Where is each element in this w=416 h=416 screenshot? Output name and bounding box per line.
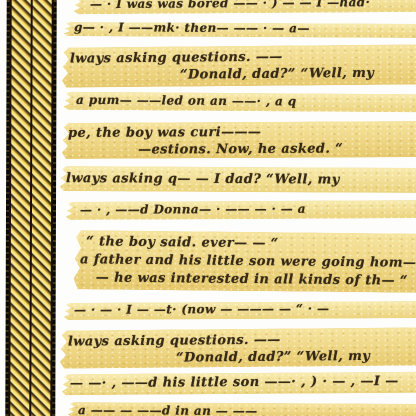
washi-tape-strip: — · — · I — —t· (now — ——— — “ · — (64, 301, 416, 320)
cord-ply-left (10, 0, 30, 416)
washi-tape-strip: a pum— ——led on an ——· , a q (64, 92, 416, 113)
washi-tape-strip: lways asking q— — I dad? “Well, my (60, 166, 416, 193)
handwriting-line: pe, the boy was curi——— (68, 123, 416, 142)
washi-tape-strip: — · , ——d Donna— · —— — · — a (66, 200, 416, 220)
washi-tape-strip: g— · , I ——mk· then— —— · — a— (64, 22, 416, 38)
handwriting-line: — he was interested in all kinds of th— … (96, 269, 416, 290)
handwriting-line: “Donald, dad?” “Well, my (176, 347, 416, 366)
handwriting-line: — —· , ——d his little son ——· , ) · — , … (70, 373, 416, 392)
washi-tape-strip: — —· , ——d his little son ——· , ) · — , … (62, 372, 416, 396)
photo-background: — · I was was bored —— · ) — — I —had· g… (0, 0, 416, 416)
cord-ply-right (31, 0, 51, 416)
washi-tape-strip: a —— — ——d in an — —— (68, 402, 416, 416)
handwriting-line: — · — · I — —t· (now — ——— — “ · — (74, 301, 416, 317)
handwriting-line: a —— — ——d in an — —— (78, 403, 416, 416)
handwriting-line: “Donald, dad?” “Well, my (180, 64, 416, 83)
washi-tape-strip: lways asking questions. —— “Donald, dad?… (60, 327, 416, 368)
handwriting-line: g— · , I ——mk· then— —— · — a— (74, 22, 416, 36)
handwriting-line: — · I was was bored —— · ) — — I —had· (90, 0, 416, 11)
handwriting-line: —estions. Now, he asked. “ (138, 140, 416, 158)
washi-tape-strip: “ the boy said. ever— — “ a father and h… (74, 230, 416, 293)
braided-cord (6, 0, 55, 416)
washi-tape-strip: lways asking questions. —— “Donald, dad?… (62, 44, 416, 87)
handwriting-line: a pum— ——led on an ——· , a q (76, 93, 416, 109)
handwriting-line: — · , ——d Donna— · —— — · — a (80, 201, 416, 217)
washi-tape-strip: pe, the boy was curi——— —estions. Now, h… (62, 121, 416, 159)
washi-tape-strip: — · I was was bored —— · ) — — I —had· (74, 0, 416, 14)
handwriting-line: lways asking q— — I dad? “Well, my (66, 170, 416, 189)
